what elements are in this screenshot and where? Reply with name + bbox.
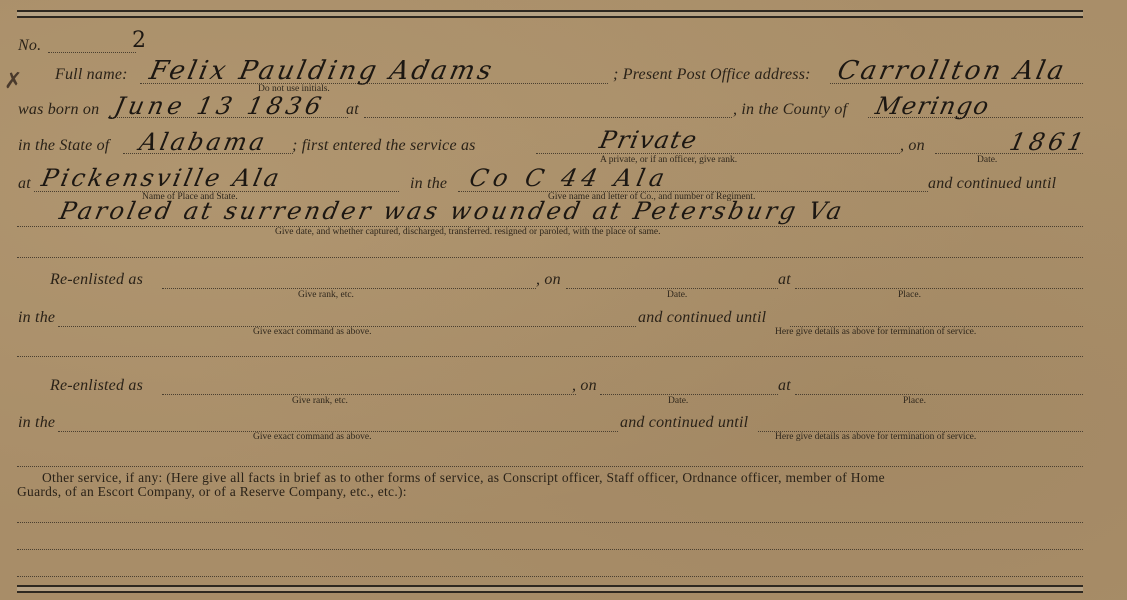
- bottom-double-rule: [17, 585, 1083, 593]
- reenlisted-1-label: Re-enlisted as: [50, 271, 143, 289]
- separator-line-1: [17, 257, 1083, 258]
- entered-rank-field-line[interactable]: [536, 153, 900, 154]
- reenlisted-2-rank-hint: Give rank, etc.: [292, 396, 348, 406]
- reenlisted-2-label: Re-enlisted as: [50, 377, 143, 395]
- born-label: was born on: [18, 101, 99, 119]
- reenlisted-2-date-hint: Date.: [668, 396, 688, 406]
- top-double-rule: [17, 10, 1083, 18]
- place-at-label: at: [18, 175, 31, 193]
- reenlisted-1-termination-hint: Here give details as above for terminati…: [775, 327, 976, 337]
- separator-line-2: [17, 356, 1083, 357]
- margin-check-mark: ✗: [4, 68, 22, 94]
- reenlisted-1-in-the-label: in the: [18, 309, 55, 327]
- other-service-field-3[interactable]: [17, 576, 1083, 577]
- reenlisted-1-on-label: , on: [536, 271, 561, 289]
- place-value: Pickensville Ala: [39, 164, 284, 192]
- reenlisted-1-command-hint: Give exact command as above.: [253, 327, 371, 337]
- entered-on-label: , on: [900, 137, 925, 155]
- number-value: 2: [132, 28, 148, 53]
- continued-until-label: and continued until: [928, 175, 1056, 193]
- reenlisted-2-place-field[interactable]: [795, 394, 1083, 395]
- state-value: Alabama: [137, 128, 270, 156]
- reenlisted-2-on-label: , on: [572, 377, 597, 395]
- reenlisted-2-rank-field[interactable]: [162, 394, 576, 395]
- reenlisted-2-place-hint: Place.: [903, 396, 926, 406]
- continued-hint: Give date, and whether captured, dischar…: [275, 227, 660, 237]
- reenlisted-1-place-field[interactable]: [795, 288, 1083, 289]
- reenlisted-2-continued-label: and continued until: [620, 414, 748, 432]
- reenlisted-1-at-label: at: [778, 271, 791, 289]
- separator-line-3: [17, 466, 1083, 467]
- born-date-value: June 13 1836: [112, 92, 328, 120]
- county-label: , in the County of: [733, 101, 847, 119]
- reenlisted-2-date-field[interactable]: [600, 394, 778, 395]
- full-name-value: Felix Paulding Adams: [147, 56, 497, 86]
- other-service-field-1[interactable]: [17, 522, 1083, 523]
- number-field-line[interactable]: [48, 52, 136, 53]
- continued-value: Paroled at surrender was wounded at Pete…: [57, 197, 847, 225]
- other-service-line-2: Guards, of an Escort Company, or of a Re…: [17, 484, 407, 500]
- entered-date-hint: Date.: [977, 155, 997, 165]
- reenlisted-1-place-hint: Place.: [898, 290, 921, 300]
- county-value: Meringo: [873, 92, 993, 120]
- entered-rank-value: Private: [597, 126, 700, 154]
- reenlisted-1-rank-field[interactable]: [162, 288, 536, 289]
- state-label: in the State of: [18, 137, 109, 155]
- other-service-field-2[interactable]: [17, 549, 1083, 550]
- reenlisted-2-termination-hint: Here give details as above for terminati…: [775, 432, 976, 442]
- full-name-label: Full name:: [55, 66, 128, 84]
- unit-value: Co C 44 Ala: [467, 164, 672, 192]
- post-office-label: ; Present Post Office address:: [613, 66, 811, 84]
- unit-in-the-label: in the: [410, 175, 447, 193]
- born-place-field-line[interactable]: [364, 117, 732, 118]
- reenlisted-2-in-the-label: in the: [18, 414, 55, 432]
- reenlisted-1-rank-hint: Give rank, etc.: [298, 290, 354, 300]
- number-label: No.: [18, 37, 41, 55]
- post-office-value: Carrollton Ala: [835, 56, 1070, 86]
- reenlisted-2-at-label: at: [778, 377, 791, 395]
- entered-date-value: 1861: [1007, 128, 1090, 156]
- reenlisted-1-date-hint: Date.: [667, 290, 687, 300]
- born-at-label: at: [346, 101, 359, 119]
- reenlisted-2-command-hint: Give exact command as above.: [253, 432, 371, 442]
- entered-service-label: ; first entered the service as: [292, 137, 476, 155]
- reenlisted-1-continued-label: and continued until: [638, 309, 766, 327]
- reenlisted-1-date-field[interactable]: [566, 288, 778, 289]
